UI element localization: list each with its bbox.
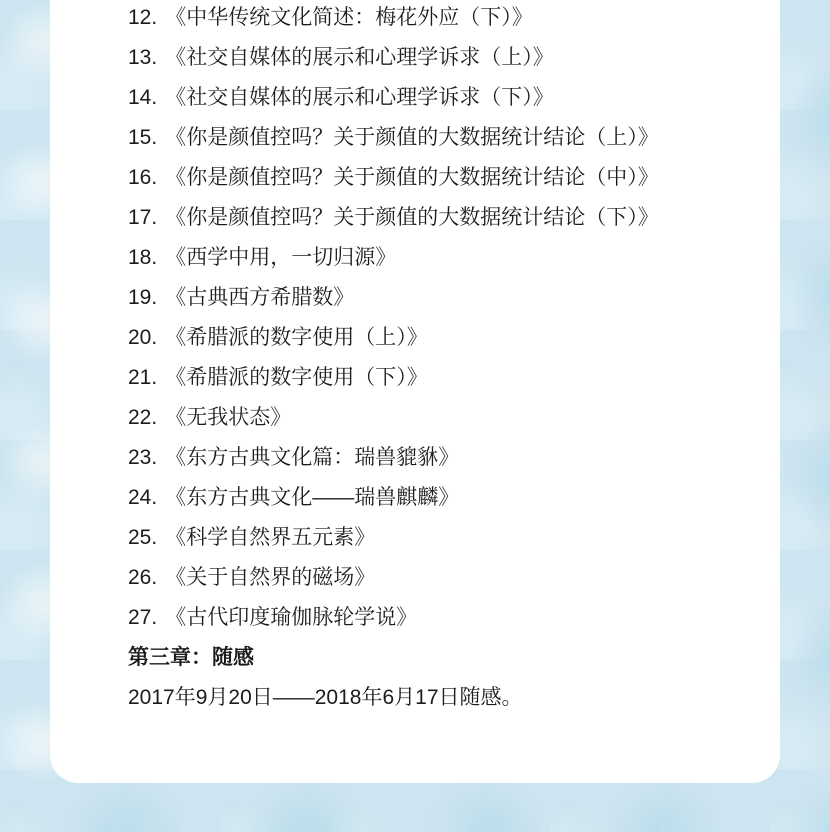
toc-item-number: 15. — [128, 118, 157, 158]
toc-item-title: 《你是颜值控吗？关于颜值的大数据统计结论（上）》 — [165, 126, 659, 149]
toc-item-number: 13. — [128, 38, 157, 78]
toc-item: 24.《东方古典文化——瑞兽麒麟》 — [128, 478, 750, 518]
toc-item-title: 《希腊派的数字使用（上）》 — [165, 326, 428, 349]
toc-item: 13.《社交自媒体的展示和心理学诉求（上）》 — [128, 38, 750, 78]
toc-item-number: 19. — [128, 278, 157, 318]
toc-item-title: 《古典西方希腊数》 — [165, 286, 354, 309]
toc-item: 20.《希腊派的数字使用（上）》 — [128, 318, 750, 358]
toc-item-title: 《你是颜值控吗？关于颜值的大数据统计结论（中）》 — [165, 166, 659, 189]
toc-item: 15.《你是颜值控吗？关于颜值的大数据统计结论（上）》 — [128, 118, 750, 158]
toc-item-number: 18. — [128, 238, 157, 278]
toc-item-title: 《关于自然界的磁场》 — [165, 566, 375, 589]
toc-item: 18.《西学中用，一切归源》 — [128, 238, 750, 278]
toc-item-number: 22. — [128, 398, 157, 438]
date-note: 2017年9月20日——2018年6月17日随感。 — [128, 678, 750, 718]
toc-item: 19.《古典西方希腊数》 — [128, 278, 750, 318]
toc-item-title: 《社交自媒体的展示和心理学诉求（上）》 — [165, 46, 554, 69]
toc-item: 12.《中华传统文化简述：梅花外应（下）》 — [128, 0, 750, 38]
toc-item-title: 《科学自然界五元素》 — [165, 526, 375, 549]
toc-item-number: 26. — [128, 558, 157, 598]
page-background: { "page": { "background_color": "#cde5f0… — [0, 0, 830, 832]
toc-item: 25.《科学自然界五元素》 — [128, 518, 750, 558]
toc-item-number: 14. — [128, 78, 157, 118]
toc-item: 26.《关于自然界的磁场》 — [128, 558, 750, 598]
toc-item-number: 16. — [128, 158, 157, 198]
toc-item: 16.《你是颜值控吗？关于颜值的大数据统计结论（中）》 — [128, 158, 750, 198]
toc-item-title: 《西学中用，一切归源》 — [165, 246, 396, 269]
toc-item-number: 20. — [128, 318, 157, 358]
toc-item-title: 《东方古典文化——瑞兽麒麟》 — [165, 486, 459, 509]
toc-item-number: 12. — [128, 0, 157, 38]
toc-item-number: 25. — [128, 518, 157, 558]
content-card: 12.《中华传统文化简述：梅花外应（下）》 13.《社交自媒体的展示和心理学诉求… — [50, 0, 780, 783]
chapter-heading: 第三章：随感 — [128, 638, 750, 678]
toc-item-number: 23. — [128, 438, 157, 478]
toc-item: 21.《希腊派的数字使用（下）》 — [128, 358, 750, 398]
toc-item-title: 《无我状态》 — [165, 406, 291, 429]
toc-item-title: 《东方古典文化篇：瑞兽貔貅》 — [165, 446, 459, 469]
toc-item: 27.《古代印度瑜伽脉轮学说》 — [128, 598, 750, 638]
toc-item-title: 《你是颜值控吗？关于颜值的大数据统计结论（下）》 — [165, 206, 659, 229]
toc-item-title: 《古代印度瑜伽脉轮学说》 — [165, 606, 417, 629]
toc-item-number: 17. — [128, 198, 157, 238]
toc-item-title: 《社交自媒体的展示和心理学诉求（下）》 — [165, 86, 554, 109]
toc-item: 14.《社交自媒体的展示和心理学诉求（下）》 — [128, 78, 750, 118]
toc-item: 17.《你是颜值控吗？关于颜值的大数据统计结论（下）》 — [128, 198, 750, 238]
toc-item-title: 《希腊派的数字使用（下）》 — [165, 366, 428, 389]
toc-item-number: 24. — [128, 478, 157, 518]
toc-item: 22.《无我状态》 — [128, 398, 750, 438]
toc-list: 12.《中华传统文化简述：梅花外应（下）》 13.《社交自媒体的展示和心理学诉求… — [128, 0, 750, 638]
toc-item-number: 27. — [128, 598, 157, 638]
toc-item-number: 21. — [128, 358, 157, 398]
toc-item: 23.《东方古典文化篇：瑞兽貔貅》 — [128, 438, 750, 478]
toc-item-title: 《中华传统文化简述：梅花外应（下）》 — [165, 6, 533, 29]
